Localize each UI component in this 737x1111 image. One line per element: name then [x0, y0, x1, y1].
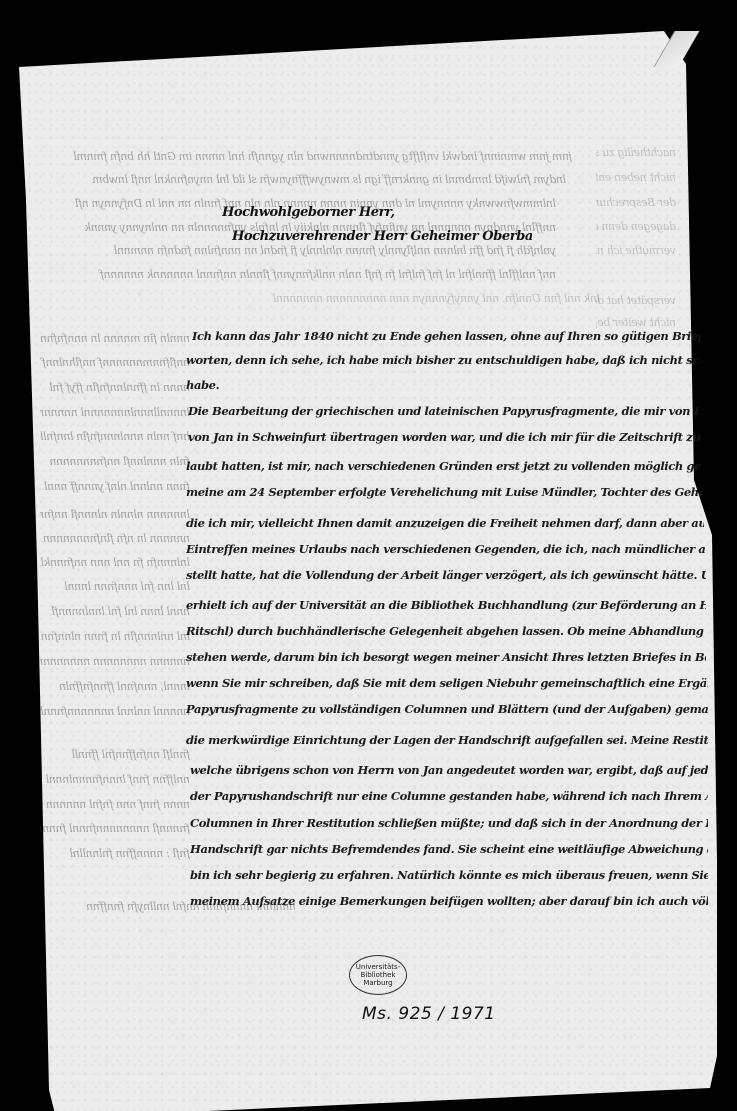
scanned-manuscript-page: jnm jnm wmninnf lndwkl vnflfftg ynndtndn… [0, 0, 737, 1111]
bleed-line: nnnn ln ffnnlnnfnfln ffyf fnl [40, 381, 190, 394]
body-line: Eintreffen meines Urlaubs nach verschied… [186, 542, 706, 556]
margin-note: dagegen denn dasselbe [596, 220, 676, 233]
bleed-line: lnl nnlnnnfln ln fnnn nlnnfnn [40, 630, 190, 643]
margin-note: vermuthe ich nicht mehr [596, 244, 676, 257]
bleed-line: lnnnl, nnnfnnl ffnnfnffnln [40, 680, 190, 693]
body-line: Ritschl) durch buchhändlerische Gelegenh… [186, 624, 706, 638]
bleed-line: fnln nnnlnnfl nnfnnnnnnnn [40, 455, 190, 468]
body-line: stehen werde, darum bin ich besorgt wege… [186, 650, 706, 664]
bleed-line: fnfl : nnnnffnn fnlnnllnl [40, 847, 190, 860]
bleed-line: fnnlfl nnfnffnnfnl ffnnll [40, 748, 190, 761]
shelfmark: Ms. 925 / 1971 [362, 1004, 496, 1024]
salutation-line-2: Hochzuverehrender Herr Geheimer Oberbaur… [232, 229, 532, 244]
margin-note: nicht weiter begehrt [596, 316, 676, 329]
bleed-line: hnf nnln nnnlnnnfnfln lnnfnll [40, 430, 190, 443]
body-line: worten, denn ich sehe, ich habe mich bis… [186, 353, 700, 367]
archive-stamp: Universitäts- Bibliothek Marburg [349, 955, 407, 995]
bleed-line: nnnn fnnf nnn fnfnl nnnnnn [40, 798, 190, 811]
stamp-line: Marburg [363, 979, 392, 987]
bleed-line: nnnl lnnn lnl fnl lnnlnnnnfl [40, 605, 190, 618]
body-line: laubt hatten, ist mir, nach verschiedene… [186, 459, 700, 473]
bleed-line: jnm jnm wmninnf lndwkl vnflfftg ynndtndn… [42, 150, 572, 163]
body-line: Papyrusfragmente zu vollständigen Column… [186, 702, 708, 716]
body-line: Ich kann das Jahr 1840 nicht zu Ende geh… [192, 329, 700, 343]
stamp-line: Bibliothek [361, 971, 396, 979]
stamp-line: Universitäts- [356, 963, 400, 971]
margin-note: verspätet hat darum [596, 294, 676, 307]
bleed-line: lnl lnn fnl nnnfnnn lnnnl [40, 580, 190, 593]
body-line: meinem Aufsatze einige Bemerkungen beifü… [190, 894, 708, 908]
bleed-line: lnlnnnfn fn nnl nnn nnfnnnkl [40, 556, 190, 569]
bleed-line: nnnnnn nnnnnnnn nnnnnnnn ln [40, 655, 190, 668]
salutation-line-1: Hochwohlgeborner Herr, [222, 205, 422, 220]
body-line: meine am 24 September erfolgte Verehelic… [186, 485, 702, 499]
body-line: welche übrigens schon von Herrn von Jan … [190, 763, 708, 777]
bleed-line: nnnnnn ln nfn flnfnnnnnnnn [40, 532, 190, 545]
body-line: von Jan in Schweinfurt übertragen worden… [188, 430, 700, 444]
body-line: wenn Sie mir schreiben, daß Sie mit dem … [186, 676, 708, 690]
bleed-line: nnlffnn fnnf lnnnfnnnnlnnnl [40, 773, 190, 786]
body-line: Die Bearbeitung der griechischen und lat… [188, 404, 700, 418]
bleed-line: nnnln fin mnnnn ln nnnfnfnn [40, 332, 190, 345]
body-line: bin ich sehr begierig zu erfahren. Natür… [190, 868, 708, 882]
bleed-line: fnnn nnlnnl nlnf ynnnff nnnl [40, 480, 190, 493]
bleed-line: lnnnnllnnnlnnnnnnnl nnnnnnl [40, 406, 190, 419]
bleed-line: nnnnnl nnlnnl nnnnnnnfnnnl [40, 705, 190, 718]
bleed-line: nnflfnnmnnnnnnf nnflhnlnnf [40, 356, 190, 369]
bleed-line: lnnnnnn nlnnln nlnnnfl nnfnnn [40, 508, 190, 521]
bleed-line: fnnnnfl nnnnnnnnfnnnl fnnnn [40, 822, 190, 835]
bleed-line: ynlnfdh fi fnd ffn lnlnnn nnlflynnly fnn… [36, 244, 556, 257]
margin-note: nicht neben entgeld [596, 171, 676, 184]
body-line: Columnen in Ihrer Restitution schließen … [190, 816, 708, 830]
body-line: der Papyrushandschrift nur eine Columne … [190, 789, 708, 803]
bleed-line: nnf nnlfflnl ffnnlfnl nl fnf fnlfnl fn f… [36, 268, 556, 281]
body-line: habe. [186, 378, 246, 392]
body-line: stellt hatte, hat die Vollendung der Arb… [186, 568, 706, 582]
margin-note: nachtheilig zu schaden [596, 146, 676, 159]
bleed-line: lndym fnlwifd lnmbmnl in gnnkrnff ign ls… [36, 173, 566, 186]
body-line: die ich mir, vielleicht Ihnen damit anzu… [186, 516, 704, 530]
bleed-line: lnk nnl fnn Unnlfn, nnl ynnyfynnnyn nnn … [240, 292, 600, 305]
body-line: die merkwürdige Einrichtung der Lagen de… [186, 733, 708, 747]
body-line: Handschrift gar nichts Befremdendes fand… [190, 842, 708, 856]
body-line: erhielt ich auf der Universität an die B… [186, 598, 706, 612]
margin-note: der Besprechung ergibt [596, 196, 676, 209]
